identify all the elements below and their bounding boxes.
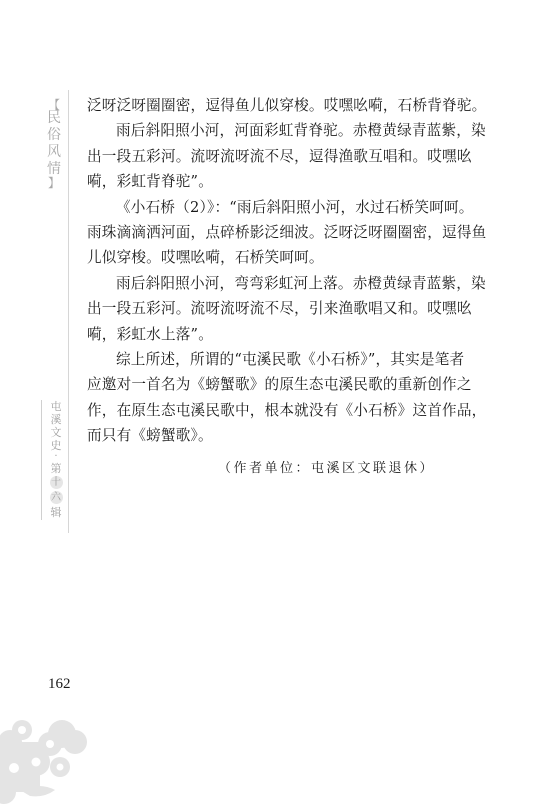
text-line: 出一段五彩河。流呀流呀流不尽，引来渔歌唱又和。哎嘿吆 — [87, 296, 467, 321]
series-char: 辑 — [49, 506, 63, 519]
text-line: 泛呀泛呀圈圈密，逗得鱼儿似穿梭。哎嘿吆嗬，石桥背脊驼。 — [87, 93, 467, 118]
section-char: 俗 — [46, 127, 62, 144]
series-char: 溪 — [49, 413, 63, 426]
circled-char: 六 — [50, 491, 63, 504]
text-line: 应邀对一首名为《螃蟹歌》的原生态屯溪民歌的重新创作之 — [87, 372, 467, 397]
author-affiliation: （作者单位：屯溪区文联退休） — [218, 457, 435, 476]
section-char: 民 — [46, 110, 62, 127]
series-char: 屯 — [49, 400, 63, 413]
book-page: 【 民 俗 风 情 】 屯 溪 文 史 · 第 十 六 辑 泛呀泛呀圈圈密，逗得… — [0, 0, 544, 812]
series-label: 屯 溪 文 史 · 第 十 六 辑 — [49, 400, 63, 519]
series-char: 第 — [49, 462, 63, 475]
text-line: 嗬，彩虹水上落”。 — [87, 322, 467, 347]
cloud-ornament-icon — [0, 712, 92, 812]
series-char: 文 — [49, 426, 63, 439]
open-bracket: 【 — [46, 100, 62, 110]
series-divider — [41, 400, 42, 520]
text-line: 嗬，彩虹背脊驼”。 — [87, 169, 467, 194]
text-line: 作，在原生态屯溪民歌中，根本就没有《小石桥》这首作品， — [87, 398, 467, 423]
section-label: 【 民 俗 风 情 】 — [46, 100, 62, 188]
text-line: 《小石桥（2）》：“雨后斜阳照小河，水过石桥笑呵呵。 — [87, 195, 467, 220]
article-body: 泛呀泛呀圈圈密，逗得鱼儿似穿梭。哎嘿吆嗬，石桥背脊驼。 雨后斜阳照小河，河面彩虹… — [87, 93, 467, 449]
text-line: 雨后斜阳照小河，河面彩虹背脊驼。赤橙黄绿青蓝紫，染 — [87, 118, 467, 143]
series-separator: · — [49, 452, 63, 462]
margin-divider — [68, 90, 69, 533]
close-bracket: 】 — [46, 178, 62, 188]
circled-char: 十 — [50, 476, 63, 489]
section-char: 风 — [46, 144, 62, 161]
text-line: 出一段五彩河。流呀流呀流不尽，逗得渔歌互唱和。哎嘿吆 — [87, 144, 467, 169]
text-line: 综上所述，所谓的“屯溪民歌《小石桥》”，其实是笔者 — [87, 347, 467, 372]
text-line: 儿似穿梭。哎嘿吆嗬，石桥笑呵呵。 — [87, 245, 467, 270]
text-line: 而只有《螃蟹歌》。 — [87, 423, 467, 448]
text-line: 雨后斜阳照小河，弯弯彩虹河上落。赤橙黄绿青蓝紫，染 — [87, 271, 467, 296]
text-line: 雨珠滴滴洒河面，点碎桥影泛细波。泛呀泛呀圈圈密，逗得鱼 — [87, 220, 467, 245]
page-number: 162 — [48, 676, 71, 693]
